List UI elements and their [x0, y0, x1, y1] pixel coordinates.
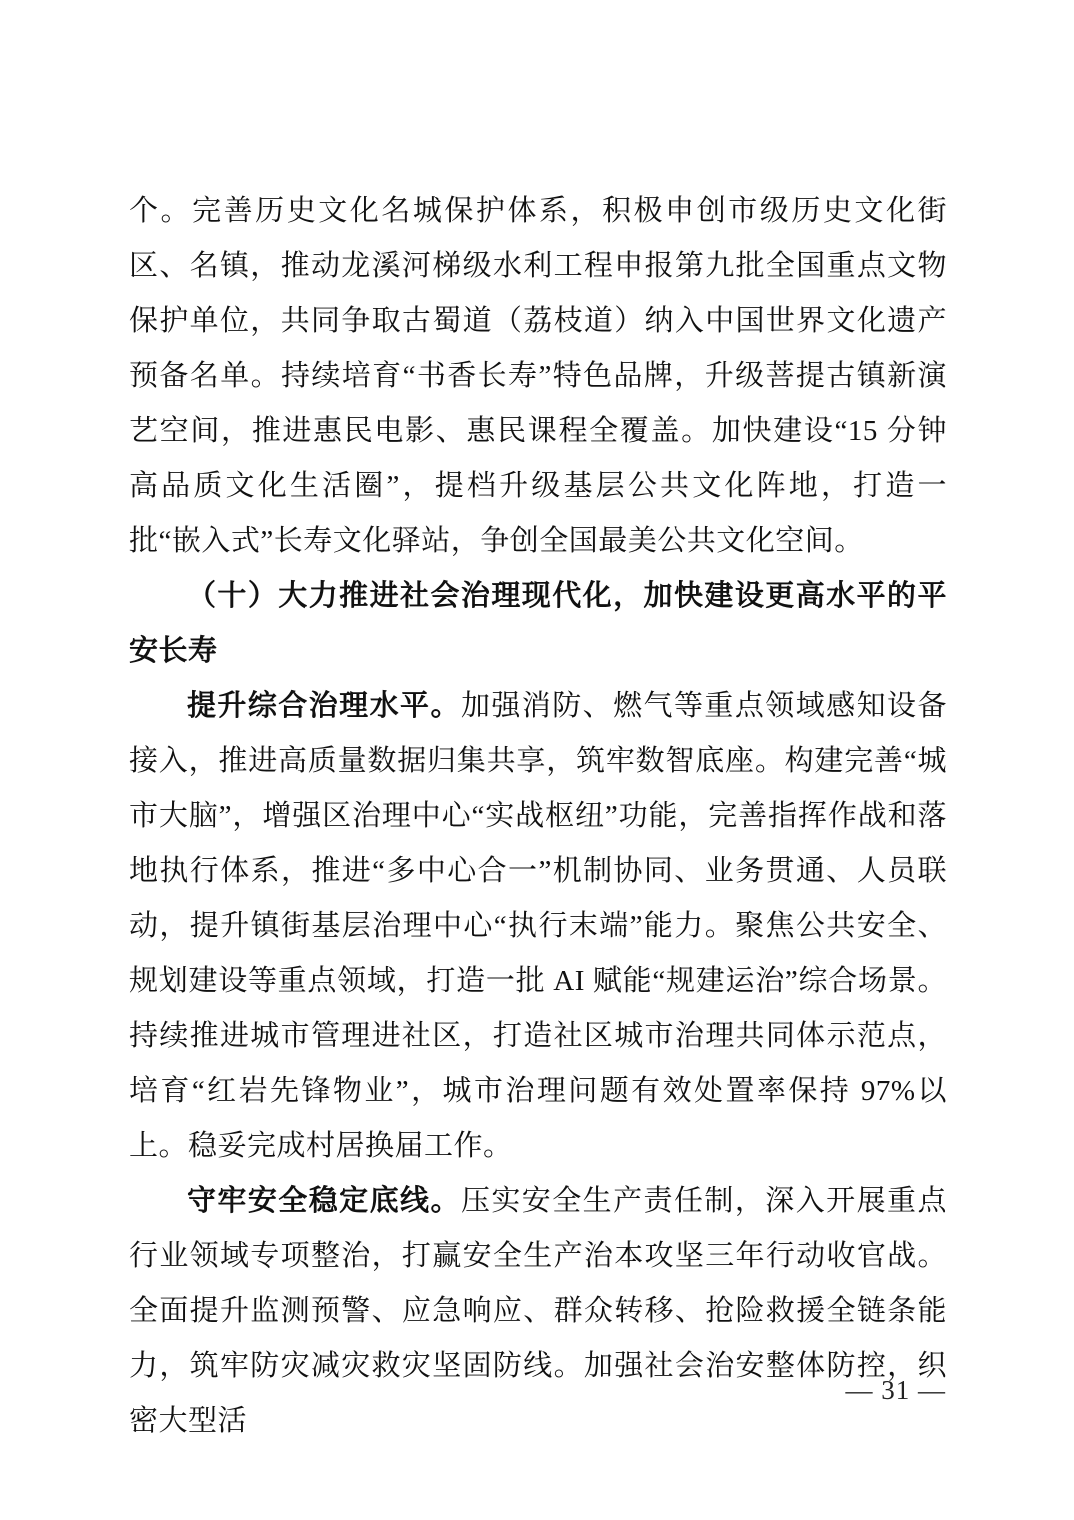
paragraph-text-governance: 加强消防、燃气等重点领域感知设备接入，推进高质量数据归集共享，筑牢数智底座。构建… — [129, 690, 947, 1162]
document-page: 个。完善历史文化名城保护体系，积极申创市级历史文化街区、名镇，推动龙溪河梯级水利… — [0, 0, 1074, 1520]
paragraph-text-safety: 压实安全生产责任制，深入开展重点行业领域专项整治，打赢安全生产治本攻坚三年行动收… — [129, 1185, 947, 1437]
paragraph-culture-continuation: 个。完善历史文化名城保护体系，积极申创市级历史文化街区、名镇，推动龙溪河梯级水利… — [129, 184, 947, 569]
paragraph-comprehensive-governance: 提升综合治理水平。加强消防、燃气等重点领域感知设备接入，推进高质量数据归集共享，… — [129, 679, 947, 1174]
paragraph-lead-governance: 提升综合治理水平。 — [187, 690, 461, 722]
paragraph-lead-safety: 守牢安全稳定底线。 — [187, 1185, 461, 1217]
paragraph-safety-stability: 守牢安全稳定底线。压实安全生产责任制，深入开展重点行业领域专项整治，打赢安全生产… — [129, 1174, 947, 1449]
section-heading-ten: （十）大力推进社会治理现代化，加快建设更高水平的平安长寿 — [129, 569, 947, 679]
page-number: — 31 — — [846, 1370, 947, 1410]
document-body: 个。完善历史文化名城保护体系，积极申创市级历史文化街区、名镇，推动龙溪河梯级水利… — [129, 184, 947, 1449]
